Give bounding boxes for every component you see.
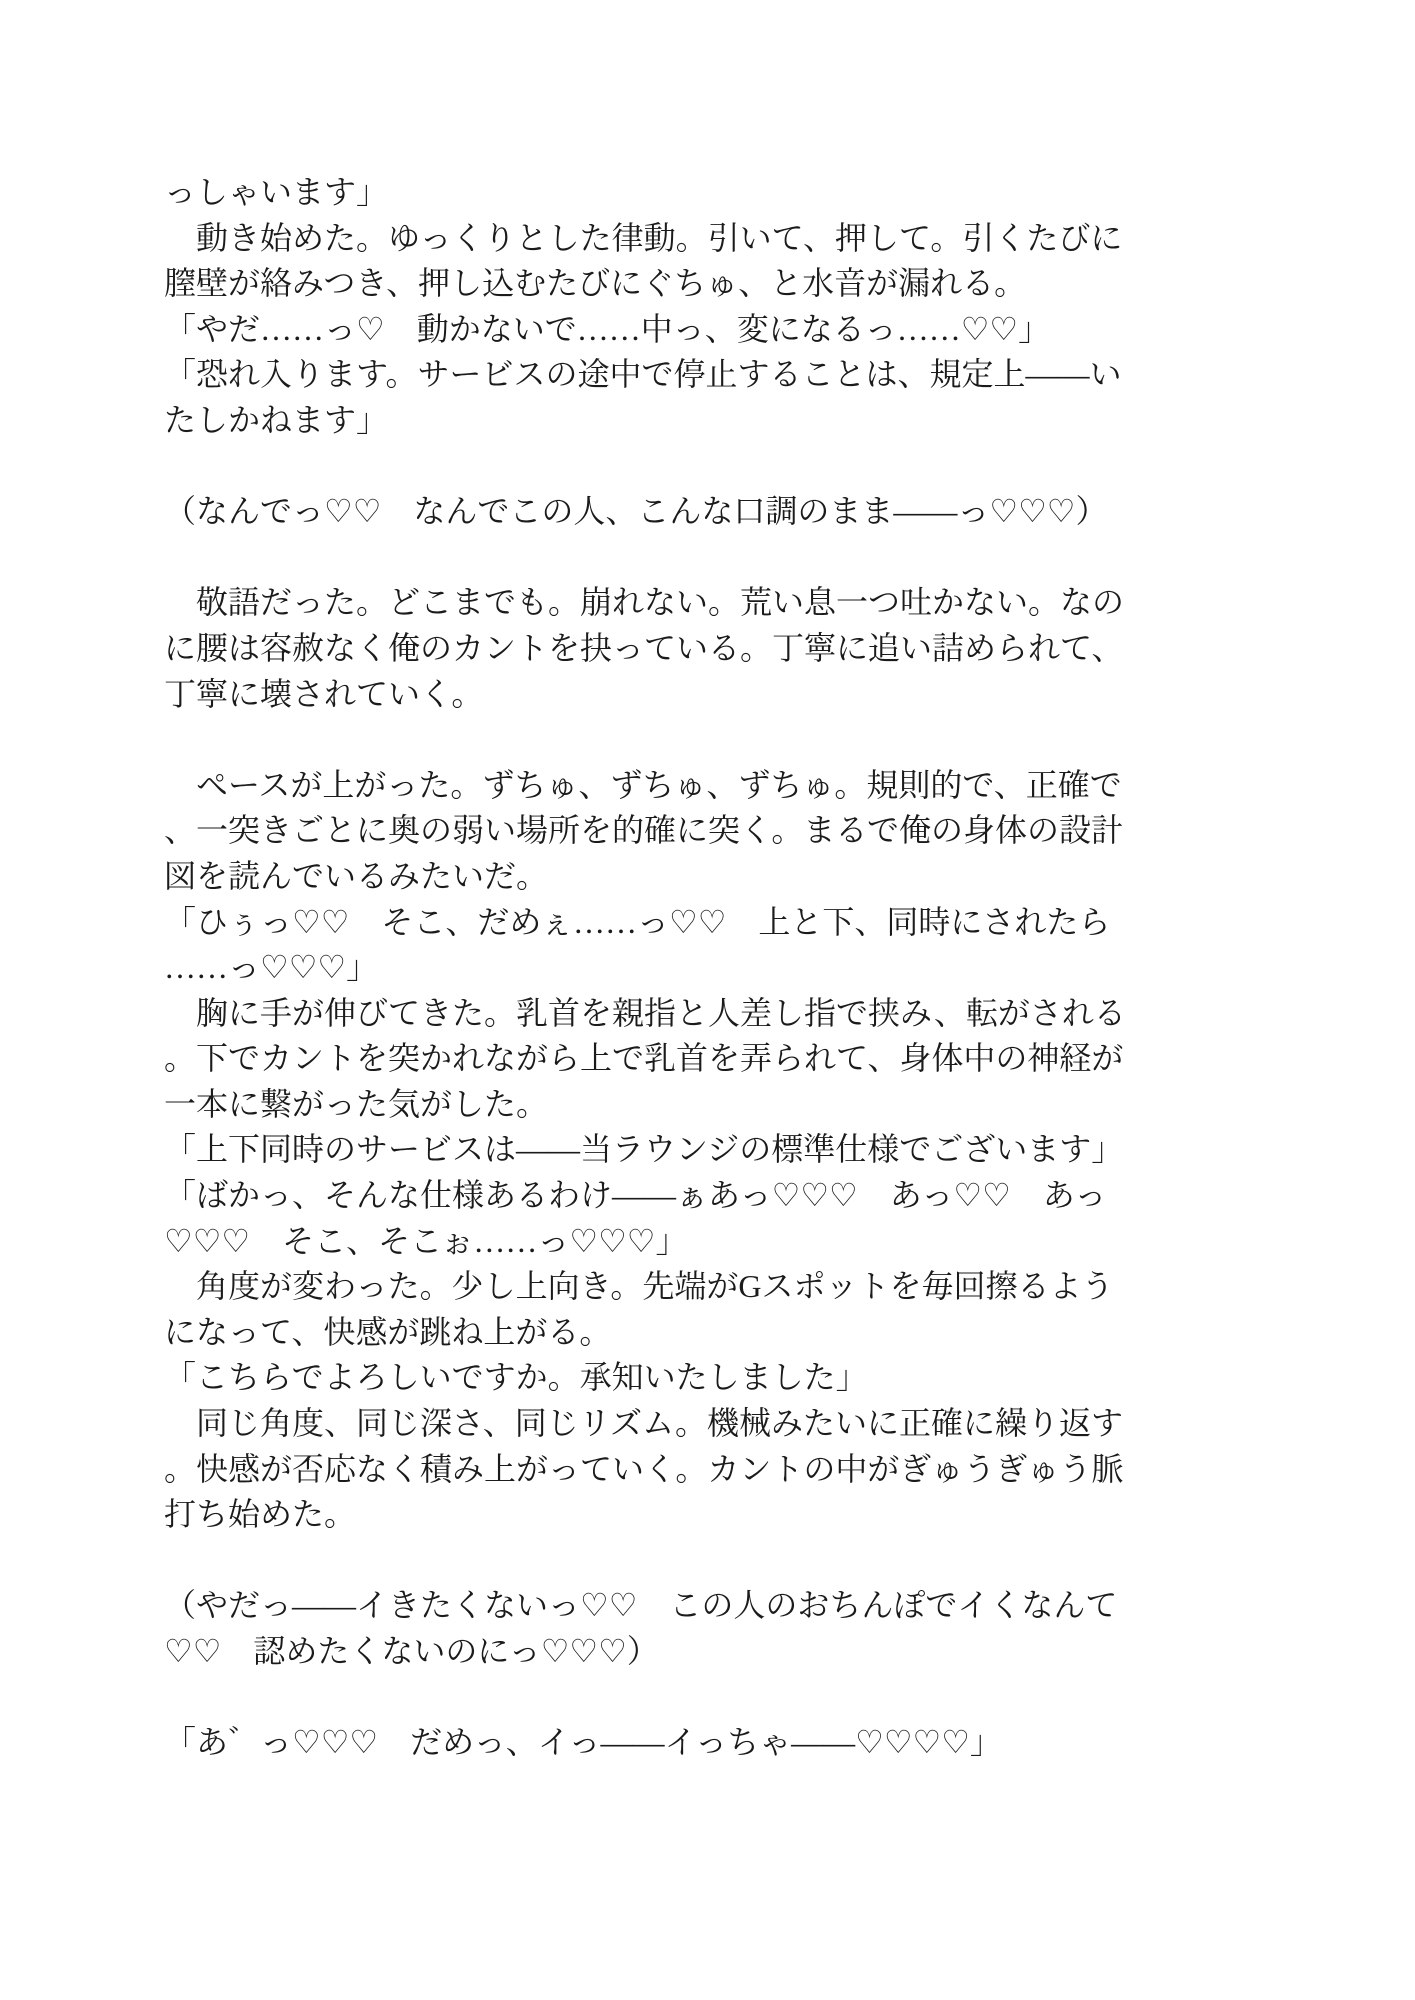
text-line: 胸に手が伸びてきた。乳首を親指と人差し指で挟み、転がされる	[164, 991, 1174, 1037]
text-line: 一本に繋がった気がした。	[164, 1082, 1174, 1128]
text-line: たしかねます」	[164, 398, 1174, 444]
text-line: （やだっ――イきたくないっ♡♡ この人のおちんぽでイくなんて	[164, 1583, 1174, 1629]
text-line: 角度が変わった。少し上向き。先端がGスポットを毎回擦るよう	[164, 1264, 1174, 1310]
text-line: 「恐れ入ります。サービスの途中で停止することは、規定上――い	[164, 352, 1174, 398]
text-line: 。下でカントを突かれながら上で乳首を弄られて、身体中の神経が	[164, 1036, 1174, 1082]
text-line: ……っ♡♡♡」	[164, 945, 1174, 991]
text-line: 「上下同時のサービスは――当ラウンジの標準仕様でございます」	[164, 1127, 1174, 1173]
text-line: 図を読んでいるみたいだ。	[164, 854, 1174, 900]
text-line: ペースが上がった。ずちゅ、ずちゅ、ずちゅ。規則的で、正確で	[164, 763, 1174, 809]
text-line: （なんでっ♡♡ なんでこの人、こんな口調のまま――っ♡♡♡）	[164, 489, 1174, 535]
page-text: っしゃいます」 動き始めた。ゆっくりとした律動。引いて、押して。引くたびに膣壁が…	[164, 170, 1174, 1766]
text-line: ♡♡ 認めたくないのにっ♡♡♡）	[164, 1629, 1174, 1675]
document-page: っしゃいます」 動き始めた。ゆっくりとした律動。引いて、押して。引くたびに膣壁が…	[0, 0, 1415, 2000]
text-line: になって、快感が跳ね上がる。	[164, 1310, 1174, 1356]
blank-line	[164, 444, 1174, 490]
text-line: 「あ゛っ♡♡♡ だめっ、イっ――イっちゃ――♡♡♡♡」	[164, 1720, 1174, 1766]
text-line: 「ひぅっ♡♡ そこ、だめぇ……っ♡♡ 上と下、同時にされたら	[164, 900, 1174, 946]
blank-line	[164, 1538, 1174, 1584]
text-line: 「こちらでよろしいですか。承知いたしました」	[164, 1355, 1174, 1401]
text-line: 、一突きごとに奥の弱い場所を的確に突く。まるで俺の身体の設計	[164, 808, 1174, 854]
blank-line	[164, 1675, 1174, 1721]
text-line: 丁寧に壊されていく。	[164, 672, 1174, 718]
text-line: 打ち始めた。	[164, 1492, 1174, 1538]
text-line: 同じ角度、同じ深さ、同じリズム。機械みたいに正確に繰り返す	[164, 1401, 1174, 1447]
text-line: 動き始めた。ゆっくりとした律動。引いて、押して。引くたびに	[164, 216, 1174, 262]
text-line: 敬語だった。どこまでも。崩れない。荒い息一つ吐かない。なの	[164, 580, 1174, 626]
text-line: に腰は容赦なく俺のカントを抉っている。丁寧に追い詰められて、	[164, 626, 1174, 672]
text-line: 「やだ……っ♡ 動かないで……中っ、変になるっ……♡♡」	[164, 307, 1174, 353]
text-line: っしゃいます」	[164, 170, 1174, 216]
text-line: 。快感が否応なく積み上がっていく。カントの中がぎゅうぎゅう脈	[164, 1447, 1174, 1493]
text-line: ♡♡♡ そこ、そこぉ……っ♡♡♡」	[164, 1219, 1174, 1265]
text-line: 膣壁が絡みつき、押し込むたびにぐちゅ、と水音が漏れる。	[164, 261, 1174, 307]
blank-line	[164, 717, 1174, 763]
text-line: 「ばかっ、そんな仕様あるわけ――ぁあっ♡♡♡ あっ♡♡ あっ	[164, 1173, 1174, 1219]
blank-line	[164, 535, 1174, 581]
